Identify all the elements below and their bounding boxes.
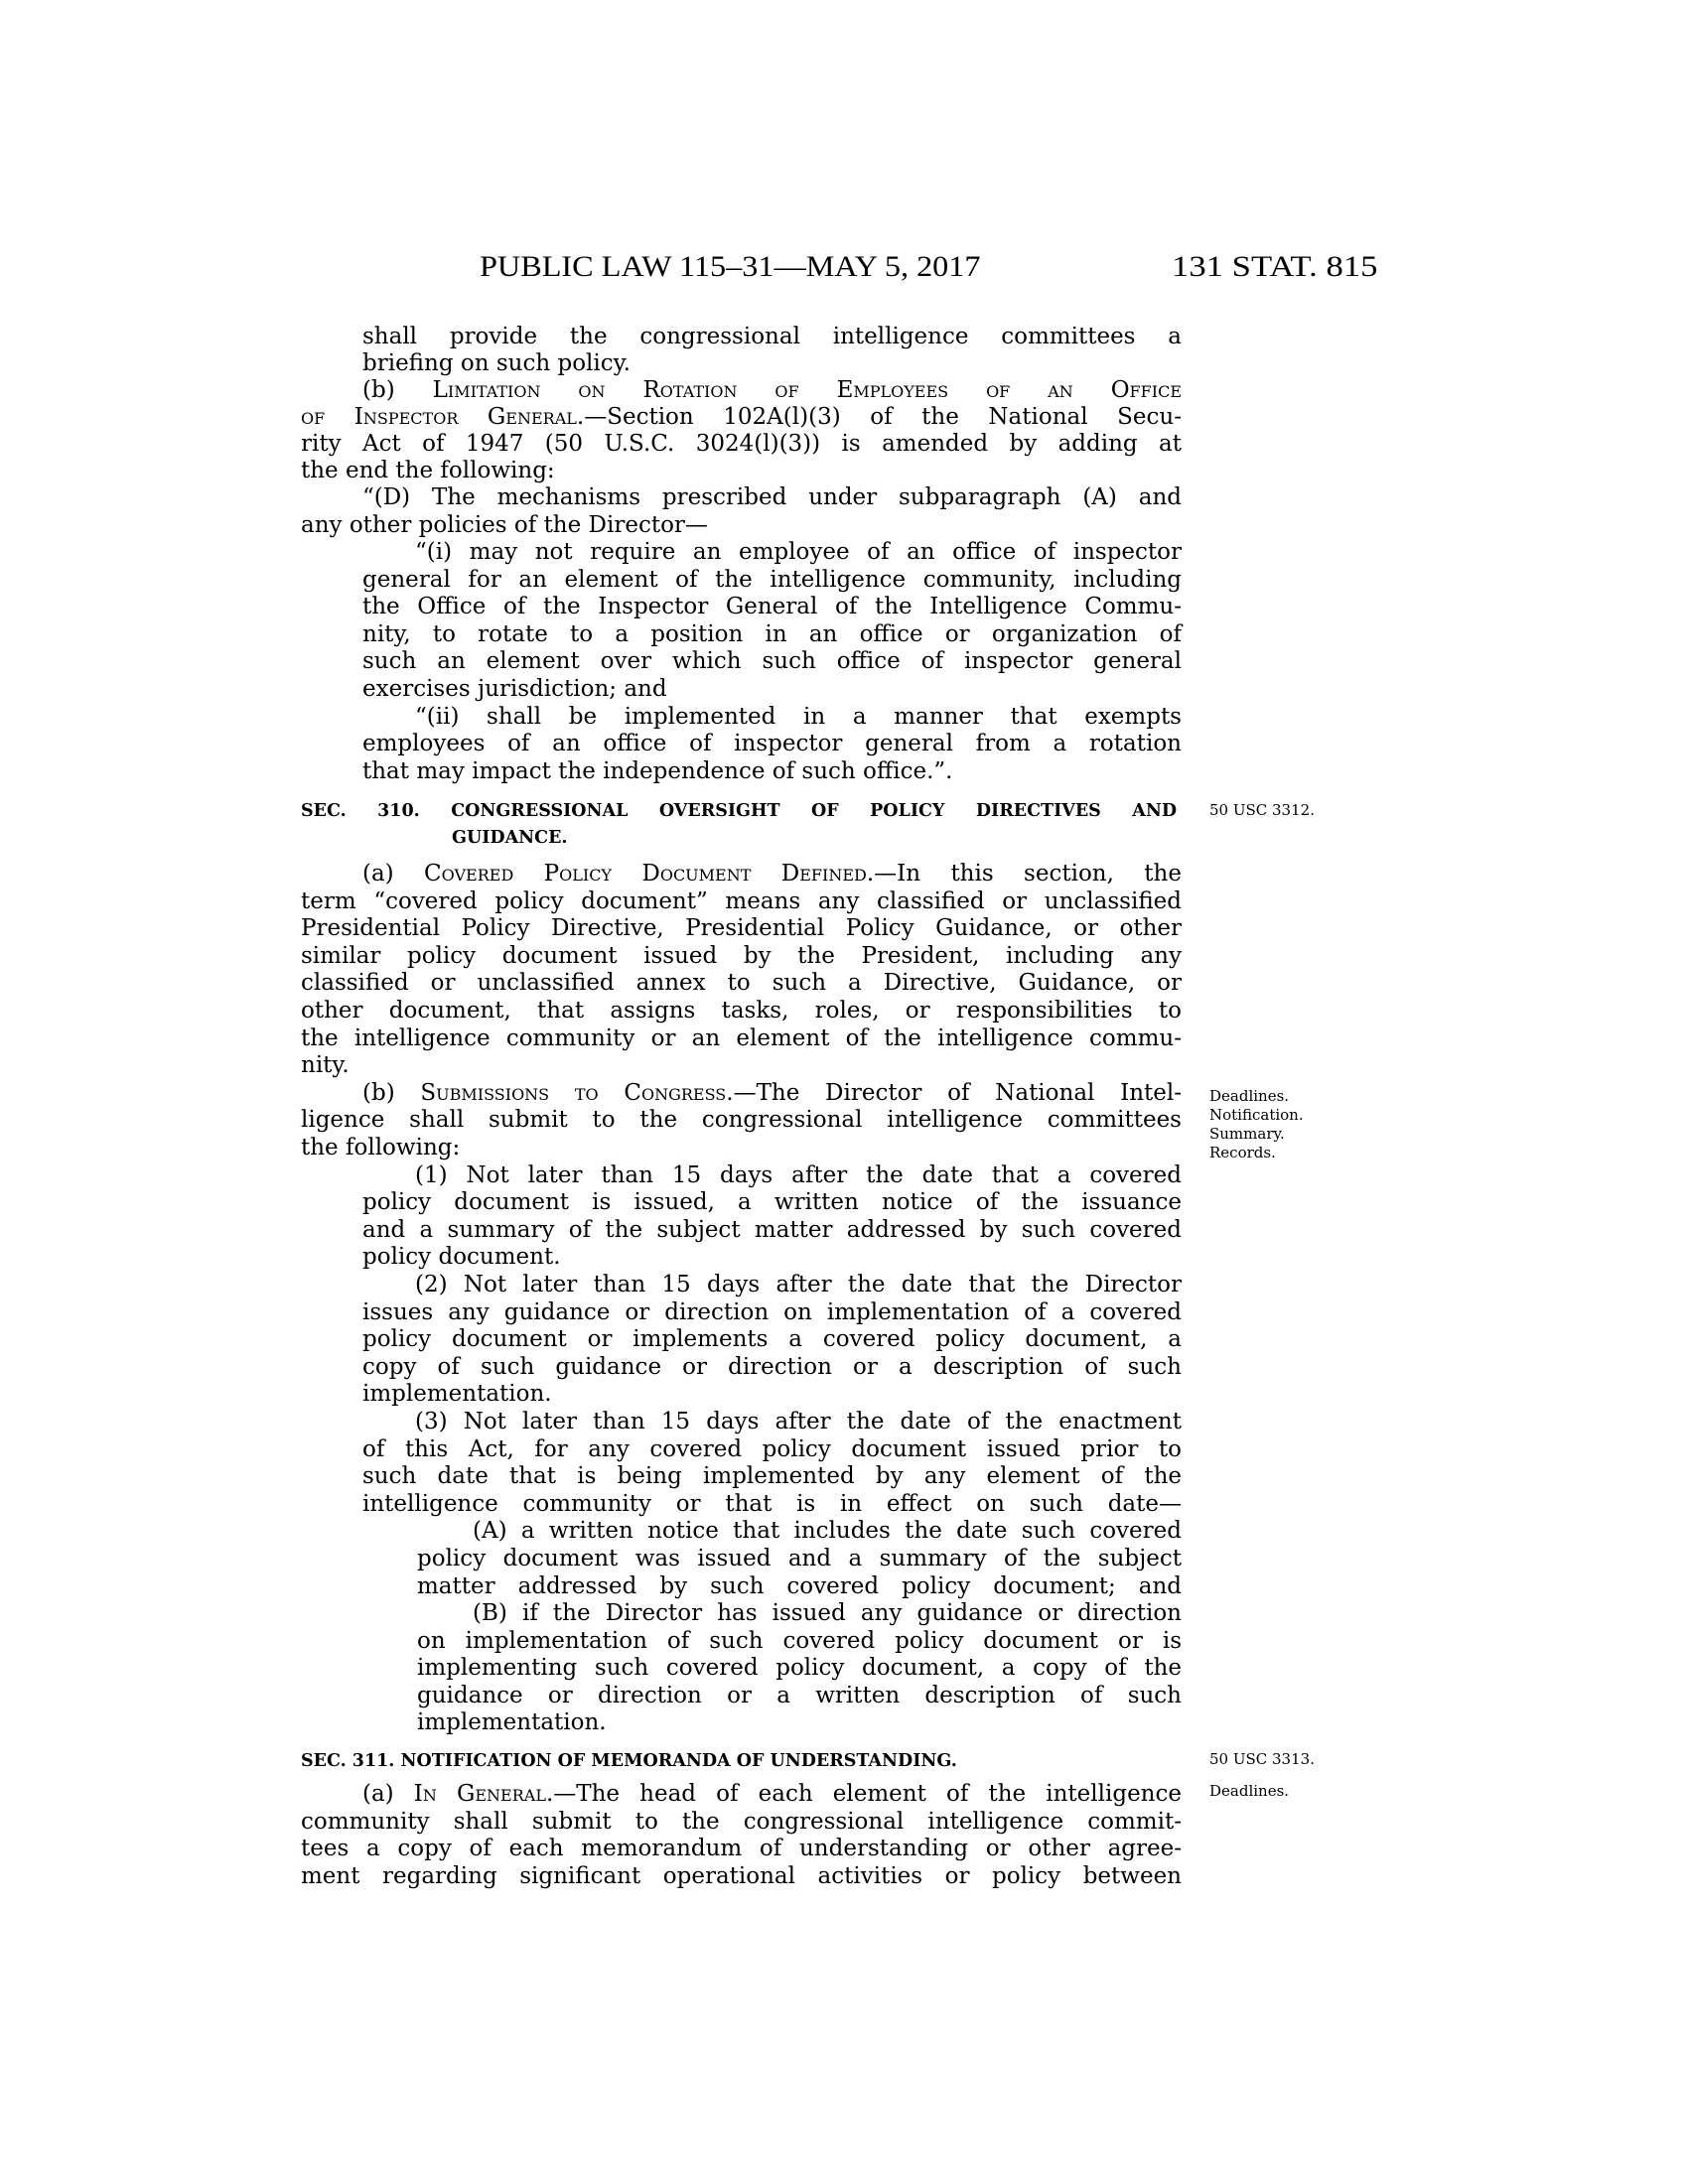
text-line: the following:	[301, 1135, 460, 1161]
paragraph-label: (a)	[362, 861, 424, 887]
text-line: of Inspector General.—Section 102A(l)(3)…	[301, 404, 1182, 431]
text-line: tees a copy of each memorandum of unders…	[301, 1836, 1182, 1862]
text-line: ment regarding significant operational a…	[301, 1863, 1182, 1890]
text-line: policy document was issued and a summary…	[417, 1546, 1182, 1572]
text-line: policy document or implements a covered …	[362, 1326, 1182, 1353]
text-line: shall provide the congressional intellig…	[362, 324, 1182, 350]
text-line: “(i) may not require an employee of an o…	[415, 539, 1182, 566]
text-line: (1) Not later than 15 days after the dat…	[415, 1162, 1182, 1189]
text-line: such date that is being implemented by a…	[362, 1463, 1182, 1490]
text-line: nity, to rotate to a position in an offi…	[362, 621, 1182, 648]
text-line: matter addressed by such covered policy …	[417, 1573, 1182, 1600]
text-line: other document, that assigns tasks, role…	[301, 998, 1182, 1024]
paragraph-heading: In General.	[414, 1781, 553, 1807]
line-text: —Section 102A(l)(3) of the National Secu…	[584, 404, 1182, 430]
text-line: the Office of the Inspector General of t…	[362, 594, 1182, 620]
text-line: (3) Not later than 15 days after the dat…	[415, 1409, 1182, 1435]
text-line: (a) In General.—The head of each element…	[362, 1781, 1182, 1808]
text-line: “(ii) shall be implemented in a manner t…	[415, 704, 1182, 731]
page-reference: 131 STAT. 815	[1172, 252, 1377, 282]
section-310-heading-continued: GUIDANCE.	[452, 827, 568, 849]
section-310-heading: SEC. 310. CONGRESSIONAL OVERSIGHT OF POL…	[301, 800, 1177, 822]
text-line: briefing on such policy.	[362, 350, 631, 377]
text-line: policy document is issued, a written not…	[362, 1189, 1182, 1216]
text-line: issues any guidance or direction on impl…	[362, 1299, 1182, 1326]
line-text: —The head of each element of the intelli…	[553, 1781, 1182, 1807]
text-line: (b) Limitation on Rotation of Employees …	[362, 377, 1182, 404]
text-line: intelligence community or that is in eff…	[362, 1491, 1182, 1518]
sidenote-notification: Notification.	[1209, 1106, 1304, 1125]
paragraph-label: (b)	[362, 377, 433, 403]
paragraph-label: (a)	[362, 1781, 414, 1807]
text-line: community shall submit to the congressio…	[301, 1809, 1182, 1836]
text-line: employees of an office of inspector gene…	[362, 731, 1182, 757]
text-line: on implementation of such covered policy…	[417, 1628, 1182, 1655]
text-line: (b) Submissions to Congress.—The Directo…	[362, 1080, 1182, 1107]
text-line: guidance or direction or a written descr…	[417, 1683, 1182, 1709]
paragraph-heading: of Inspector General.	[301, 404, 584, 430]
text-line: (A) a written notice that includes the d…	[473, 1518, 1182, 1545]
text-line: rity Act of 1947 (50 U.S.C. 3024(l)(3)) …	[301, 431, 1182, 458]
sidenote-usc-3312: 50 USC 3312.	[1209, 801, 1315, 820]
text-line: any other policies of the Director—	[301, 512, 708, 539]
text-line: the intelligence community or an element…	[301, 1025, 1182, 1052]
line-text: —The Director of National Intel-	[734, 1080, 1182, 1106]
sidenote-deadlines: Deadlines.	[1209, 1087, 1289, 1106]
text-line: Presidential Policy Directive, President…	[301, 915, 1182, 942]
sidenote-deadlines-311: Deadlines.	[1209, 1782, 1289, 1801]
text-line: similar policy document issued by the Pr…	[301, 943, 1182, 970]
text-line: that may impact the independence of such…	[362, 758, 952, 785]
section-311-heading: SEC. 311. NOTIFICATION OF MEMORANDA OF U…	[301, 1750, 957, 1772]
paragraph-heading: Limitation on Rotation of Employees of a…	[433, 377, 1182, 403]
line-text: —In this section, the	[874, 861, 1182, 887]
text-line: implementation.	[417, 1709, 607, 1736]
text-line: (2) Not later than 15 days after the dat…	[415, 1272, 1182, 1298]
running-title: PUBLIC LAW 115–31—MAY 5, 2017	[480, 252, 981, 282]
text-line: such an element over which such office o…	[362, 648, 1182, 675]
text-line: (a) Covered Policy Document Defined.—In …	[362, 861, 1182, 887]
text-line: policy document.	[362, 1244, 561, 1271]
text-line: (B) if the Director has issued any guida…	[473, 1600, 1182, 1627]
text-line: nity.	[301, 1052, 350, 1079]
text-line: and a summary of the subject matter addr…	[362, 1217, 1182, 1244]
text-line: classified or unclassified annex to such…	[301, 970, 1182, 997]
text-line: term “covered policy document” means any…	[301, 888, 1182, 915]
paragraph-heading: Covered Policy Document Defined.	[424, 861, 874, 887]
sidenote-usc-3313: 50 USC 3313.	[1209, 1750, 1315, 1769]
text-line: exercises jurisdiction; and	[362, 676, 667, 703]
text-line: implementation.	[362, 1381, 552, 1408]
paragraph-heading: Submissions to Congress.	[420, 1080, 733, 1106]
text-line: of this Act, for any covered policy docu…	[362, 1436, 1182, 1463]
text-line: copy of such guidance or direction or a …	[362, 1354, 1182, 1381]
text-line: general for an element of the intelligen…	[362, 567, 1182, 594]
paragraph-label: (b)	[362, 1080, 420, 1106]
text-line: the end the following:	[301, 458, 555, 484]
text-line: “(D) The mechanisms prescribed under sub…	[362, 484, 1182, 511]
sidenote-records: Records.	[1209, 1144, 1276, 1162]
sidenote-summary: Summary.	[1209, 1125, 1285, 1144]
text-line: ligence shall submit to the congressiona…	[301, 1107, 1182, 1134]
text-line: implementing such covered policy documen…	[417, 1655, 1182, 1682]
